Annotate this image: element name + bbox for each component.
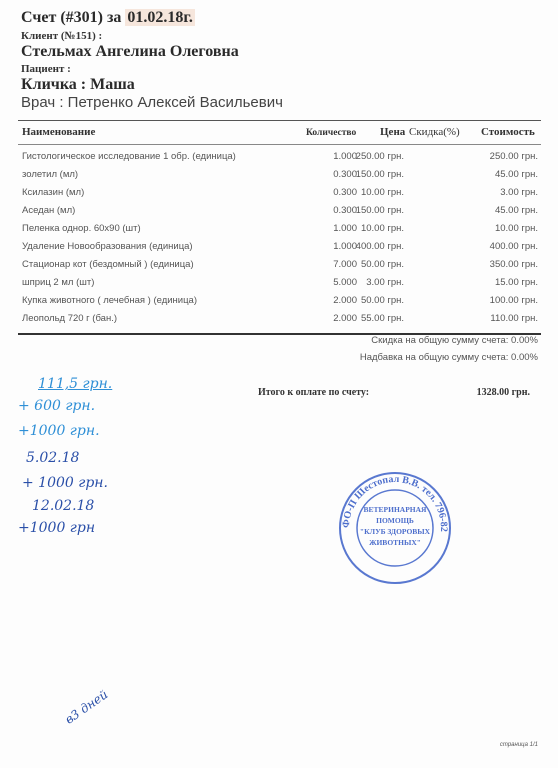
handwritten-line: +1000 грн	[18, 520, 95, 536]
invoice-title: Счет (#301) за 01.02.18г.	[21, 9, 195, 27]
client-name: Стельмах Ангелина Олеговна	[21, 43, 239, 61]
col-qty: Количество	[306, 128, 356, 138]
handwritten-line: 111,5 грн.	[38, 376, 112, 392]
handwritten-line: +1000 грн.	[18, 423, 100, 439]
col-total: Стоимость	[481, 126, 535, 138]
cell-name: золетил (мл)	[22, 169, 78, 180]
cell-total: 3.00 грн.	[500, 187, 538, 198]
cell-price: 10.00 грн.	[328, 187, 404, 198]
table-top-rule	[18, 120, 541, 121]
cell-name: Гистологическое исследование 1 обр. (еди…	[22, 151, 236, 162]
cell-total: 45.00 грн.	[495, 169, 538, 180]
col-discount: Скидка(%)	[409, 126, 460, 138]
cell-name: шприц 2 мл (шт)	[22, 277, 94, 288]
table-row: Аседан (мл)0.300150.00 грн.45.00 грн.	[0, 205, 558, 223]
cell-name: Аседан (мл)	[22, 205, 75, 216]
table-row: Гистологическое исследование 1 обр. (еди…	[0, 151, 558, 169]
table-row: золетил (мл)0.300150.00 грн.45.00 грн.	[0, 169, 558, 187]
table-row: Купка животного ( лечебная ) (единица)2.…	[0, 295, 558, 313]
cell-price: 50.00 грн.	[328, 295, 404, 306]
handwritten-line: 5.02.18	[26, 450, 79, 466]
markup-summary: Надбавка на общую сумму счета: 0.00%	[360, 352, 538, 363]
cell-price: 3.00 грн.	[328, 277, 404, 288]
table-row: Стационар кот (бездомный ) (единица)7.00…	[0, 259, 558, 277]
client-label: Клиент (№151) :	[21, 30, 102, 42]
cell-total: 400.00 грн.	[490, 241, 538, 252]
cell-total: 15.00 грн.	[495, 277, 538, 288]
stamp-center-text: ПОМОЩЬ	[376, 516, 414, 525]
cell-price: 10.00 грн.	[328, 223, 404, 234]
table-row: Пеленка однор. 60x90 (шт)1.00010.00 грн.…	[0, 223, 558, 241]
col-name: Наименование	[22, 126, 95, 138]
company-stamp: ФО-П Шестопал В.В. тел. 796-82 ВЕТЕРИНАР…	[337, 470, 453, 586]
handwritten-line: 12.02.18	[32, 498, 94, 514]
col-price: Цена	[380, 126, 405, 138]
stamp-center-text: ВЕТЕРИНАРНАЯ	[364, 505, 428, 514]
cell-name: Купка животного ( лечебная ) (единица)	[22, 295, 197, 306]
cell-total: 100.00 грн.	[490, 295, 538, 306]
cell-price: 150.00 грн.	[328, 169, 404, 180]
handwritten-note: в3 дней	[62, 687, 110, 726]
patient-label: Пациент :	[21, 63, 71, 75]
table-row: Леопольд 720 г (бан.)2.00055.00 грн.110.…	[0, 313, 558, 331]
stamp-center-text: ЖИВОТНЫХ"	[369, 538, 421, 547]
cell-name: Стационар кот (бездомный ) (единица)	[22, 259, 194, 270]
stamp-center-text: "КЛУБ ЗДОРОВЫХ	[360, 527, 431, 536]
cell-name: Удаление Новообразования (единица)	[22, 241, 193, 252]
cell-price: 50.00 грн.	[328, 259, 404, 270]
handwritten-line: + 1000 грн.	[22, 475, 108, 491]
pet-name: Кличка : Маша	[21, 76, 135, 94]
cell-name: Пеленка однор. 60x90 (шт)	[22, 223, 141, 234]
total-label: Итого к оплате по счету:	[258, 387, 369, 398]
table-row: Ксилазин (мл)0.30010.00 грн.3.00 грн.	[0, 187, 558, 205]
invoice-number: Счет (#301) за	[21, 9, 125, 26]
cell-price: 400.00 грн.	[328, 241, 404, 252]
total-value: 1328.00 грн.	[477, 387, 530, 398]
cell-total: 45.00 грн.	[495, 205, 538, 216]
cell-price: 55.00 грн.	[328, 313, 404, 324]
table-row: шприц 2 мл (шт)5.0003.00 грн.15.00 грн.	[0, 277, 558, 295]
discount-summary: Скидка на общую сумму счета: 0.00%	[371, 335, 538, 346]
table-row: Удаление Новообразования (единица)1.0004…	[0, 241, 558, 259]
cell-total: 110.00 грн.	[490, 313, 538, 324]
table-header-rule	[18, 144, 541, 145]
cell-name: Ксилазин (мл)	[22, 187, 84, 198]
page-number: страница 1/1	[500, 742, 538, 748]
doctor-name: Врач : Петренко Алексей Васильевич	[21, 94, 283, 111]
cell-total: 10.00 грн.	[495, 223, 538, 234]
cell-price: 250.00 грн.	[328, 151, 404, 162]
cell-price: 150.00 грн.	[328, 205, 404, 216]
cell-total: 250.00 грн.	[490, 151, 538, 162]
handwritten-line: + 600 грн.	[18, 398, 95, 414]
invoice-date: 01.02.18г.	[125, 9, 194, 26]
cell-total: 350.00 грн.	[490, 259, 538, 270]
cell-name: Леопольд 720 г (бан.)	[22, 313, 117, 324]
